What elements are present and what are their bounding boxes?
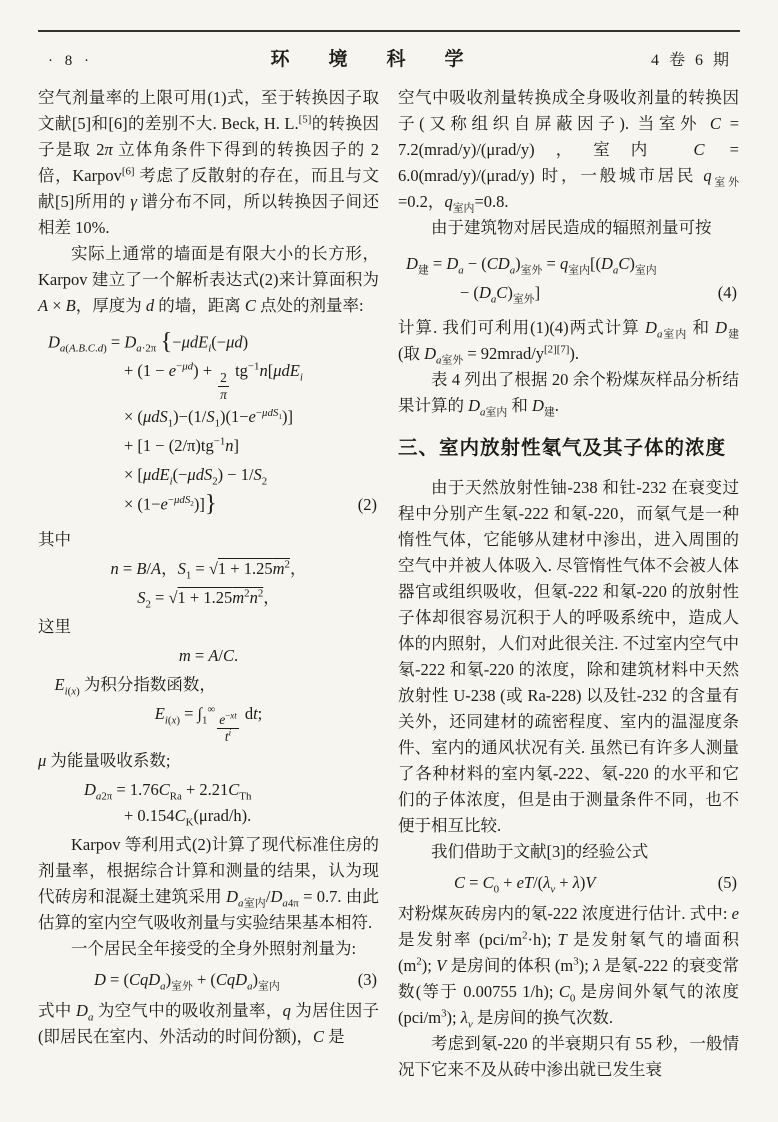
equation-number: (5) bbox=[718, 870, 739, 896]
definition-s2: S2 = √1 + 1.25m2n2， bbox=[38, 585, 379, 611]
paragraph-calc-note: 计算. 我们可利用(1)(4)两式计算 Da室内 和 D建 (取 Da室外 = … bbox=[398, 315, 739, 367]
label-where: 其中 bbox=[38, 527, 379, 553]
equation-number: (3) bbox=[358, 967, 379, 993]
equation-line: × (1−e−μdS2)]} (2) bbox=[38, 489, 379, 518]
paragraph-radon220-halflife: 考虑到氡-220 的半衰期只有 55 秒，一般情况下它来不及从砖中渗出就已发生衰 bbox=[398, 1031, 739, 1083]
paragraph-annual-dose-intro: 一个居民全年接受的全身外照射剂量为: bbox=[38, 936, 379, 962]
page-number: · 8 · bbox=[48, 53, 93, 70]
equation-3: D = (CqDa)室外 + (CqDa)室内 (3) bbox=[38, 967, 379, 993]
paragraph-building-dose-intro: 由于建筑物对居民造成的辐照剂量可按 bbox=[398, 215, 739, 241]
definition-da2pi-line2: + 0.154CK(μrad/h). bbox=[38, 803, 379, 829]
definition-eix: Ei(x) = ∫1∞e−xtti dt; bbox=[38, 701, 379, 745]
equation-line: + [1 − (2/π)tg−1n] bbox=[38, 431, 379, 460]
page-header: · 8 · 环 境 科 学 4 卷 6 期 bbox=[38, 32, 740, 85]
equation-content: − (DaC)室外] bbox=[460, 278, 540, 307]
equation-line: × [μdEi(−μdS2) − 1/S2 bbox=[38, 460, 379, 489]
equation-2: Da(A.B.C.d) = Da·2π {−μdEi(−μd) + (1 − e… bbox=[38, 327, 379, 519]
definition-m: m = A/C. bbox=[38, 643, 379, 669]
equation-5: C = C0 + eT/(λv + λ)V (5) bbox=[398, 870, 739, 896]
equation-line: D建 = Da − (CDa)室外 = q室内[(DaC)室内 bbox=[398, 249, 739, 278]
issue-label: 4 卷 6 期 bbox=[651, 47, 732, 70]
definition-da2pi-line1: Da2π = 1.76CRa + 2.21CTh bbox=[38, 777, 379, 803]
paragraph-radon-overview: 由于天然放射性铀-238 和钍-232 在衰变过程中分别产生氡-222 和氡-2… bbox=[398, 475, 739, 839]
equation-content: C = C0 + eT/(λv + λ)V bbox=[398, 870, 595, 896]
label-here: 这里 bbox=[38, 614, 379, 640]
section-heading-radon: 三、室内放射性氡气及其子体的浓度 bbox=[398, 435, 739, 461]
equation-4: D建 = Da − (CDa)室外 = q室内[(DaC)室内 − (DaC)室… bbox=[398, 249, 739, 307]
journal-page: · 8 · 环 境 科 学 4 卷 6 期 空气剂量率的上限可用(1)式，至于转… bbox=[0, 0, 778, 1122]
paragraph-exponential-integral: Ei(x) 为积分指数函数， bbox=[38, 672, 379, 698]
two-column-body: 空气剂量率的上限可用(1)式，至于转换因子取文献[5]和[6]的差别不大. Be… bbox=[38, 85, 740, 1083]
equation-content: × (1−e−μdS2)]} bbox=[124, 489, 217, 518]
paragraph-formula-terms: 对粉煤灰砖房内的氡-222 浓度进行估计. 式中: e 是发射率 (pci/m2… bbox=[398, 901, 739, 1031]
journal-title: 环 境 科 学 bbox=[270, 44, 473, 71]
paragraph-conversion-factor: 空气剂量率的上限可用(1)式，至于转换因子取文献[5]和[6]的差别不大. Be… bbox=[38, 85, 379, 241]
equation-line: − (DaC)室外] (4) bbox=[398, 278, 739, 307]
equation-line: + (1 − e−μd) + 2π tg−1n[μdEi bbox=[38, 356, 379, 402]
paragraph-mu: μ 为能量吸收系数; bbox=[38, 748, 379, 774]
equation-line: Da(A.B.C.d) = Da·2π {−μdEi(−μd) bbox=[38, 327, 379, 356]
paragraph-karpov-ratio: Karpov 等利用式(2)计算了现代标准住房的剂量率，根据综合计算和测量的结果… bbox=[38, 832, 379, 936]
equation-number: (2) bbox=[358, 490, 379, 519]
paragraph-wall-expression: 实际上通常的墙面是有限大小的长方形，Karpov 建立了一个解析表达式(2)来计… bbox=[38, 241, 379, 319]
definition-n-s1: n = B/A，S1 = √1 + 1.25m2， bbox=[38, 556, 379, 582]
paragraph-shielding-factor: 空气中吸收剂量转换成全身吸收剂量的转换因子(又称组织自屏蔽因子). 当室外 C … bbox=[398, 85, 739, 215]
paragraph-dose-terms: 式中 Da 为空气中的吸收剂量率，q 为居住因子(即居民在室内、外活动的时间份额… bbox=[38, 998, 379, 1050]
paragraph-table4: 表 4 列出了根据 20 余个粉煤灰样品分析结果计算的 Da室内 和 D建. bbox=[398, 367, 739, 419]
right-column: 空气中吸收剂量转换成全身吸收剂量的转换因子(又称组织自屏蔽因子). 当室外 C … bbox=[398, 85, 739, 1083]
equation-number: (4) bbox=[718, 278, 739, 307]
equation-line: × (μdS1)−(1/S1)(1−e−μdS1)] bbox=[38, 402, 379, 431]
equation-content: D = (CqDa)室外 + (CqDa)室内 bbox=[38, 967, 280, 993]
paragraph-empirical-formula-intro: 我们借助于文献[3]的经验公式 bbox=[398, 839, 739, 865]
left-column: 空气剂量率的上限可用(1)式，至于转换因子取文献[5]和[6]的差别不大. Be… bbox=[38, 85, 379, 1083]
